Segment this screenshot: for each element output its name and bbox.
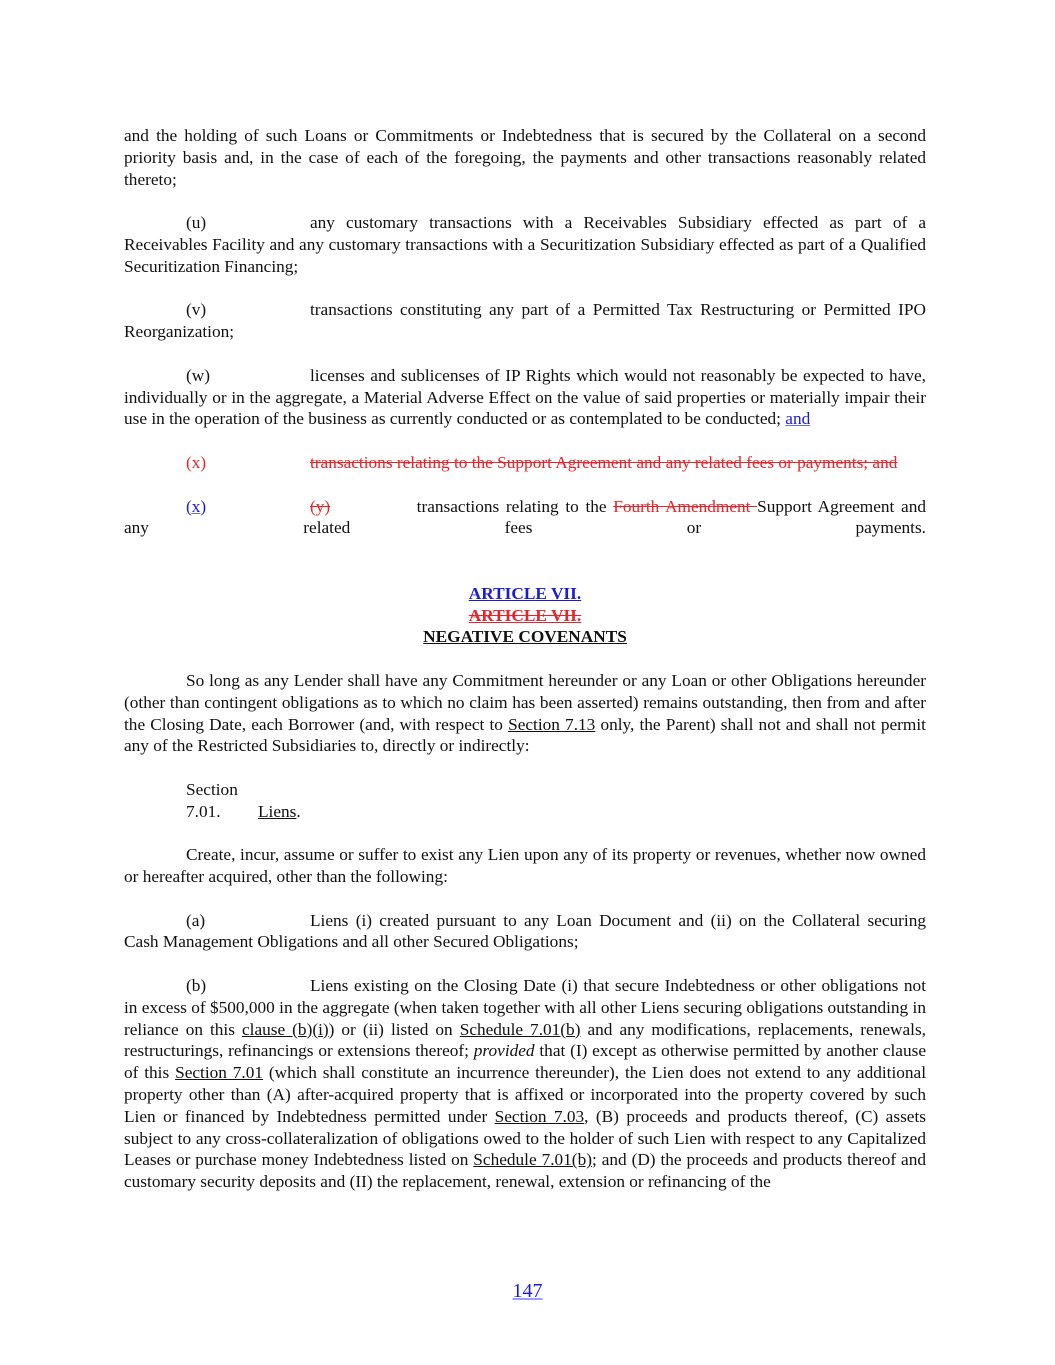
clause-v: (v)transactions constituting any part of… [124,299,926,343]
clause-a: (a)Liens (i) created pursuant to any Loa… [124,910,926,954]
clause-w: (w)licenses and sublicenses of IP Rights… [124,365,926,430]
clause-label: (v) [124,299,310,321]
section-heading: Section 7.01.Liens. [124,779,926,823]
intro-paragraph: So long as any Lender shall have any Com… [124,670,926,757]
section-number: Section 7.01. [124,779,258,823]
page-footer: 147 [0,1280,1055,1303]
italic-provided: provided [474,1041,535,1060]
deleted-label: (y) [310,496,410,518]
clause-text: transactions relating to the [417,497,607,516]
section-title: Liens [258,802,296,821]
clause-label: (u) [124,212,310,234]
clause-x-new: (x)(y) transactions relating to the Four… [124,496,926,540]
document-page: and the holding of such Loans or Commitm… [124,125,926,1193]
clause-label: (b) [124,975,310,997]
clause-x-deleted: (x)transactions relating to the Support … [124,452,926,474]
page-number: 147 [513,1280,543,1302]
article-title: NEGATIVE COVENANTS [124,626,926,648]
article-heading-inserted: ARTICLE VII. [124,583,926,605]
section-reference[interactable]: Section 7.13 [508,715,595,734]
deleted-text: Fourth Amendment [613,497,757,516]
clause-reference[interactable]: clause (b)(i) [242,1020,329,1039]
clause-label: (a) [124,910,310,932]
section-reference[interactable]: Section 7.03 [495,1107,585,1126]
continuation-paragraph: and the holding of such Loans or Commitm… [124,125,926,190]
clause-b: (b)Liens existing on the Closing Date (i… [124,975,926,1193]
section-intro: Create, incur, assume or suffer to exist… [124,844,926,888]
schedule-reference[interactable]: Schedule 7.01(b) [460,1020,581,1039]
section-reference[interactable]: Section 7.01 [175,1063,263,1082]
inserted-label: (x) [186,497,206,516]
clause-text: transactions relating to the Support Agr… [310,453,897,472]
schedule-reference[interactable]: Schedule 7.01(b) [473,1150,592,1169]
clause-label: (w) [124,365,310,387]
clause-u: (u)any customary transactions with a Rec… [124,212,926,277]
clause-label: (x) [124,452,310,474]
article-heading-deleted: ARTICLE VII. [124,605,926,627]
inserted-text: and [785,409,810,428]
